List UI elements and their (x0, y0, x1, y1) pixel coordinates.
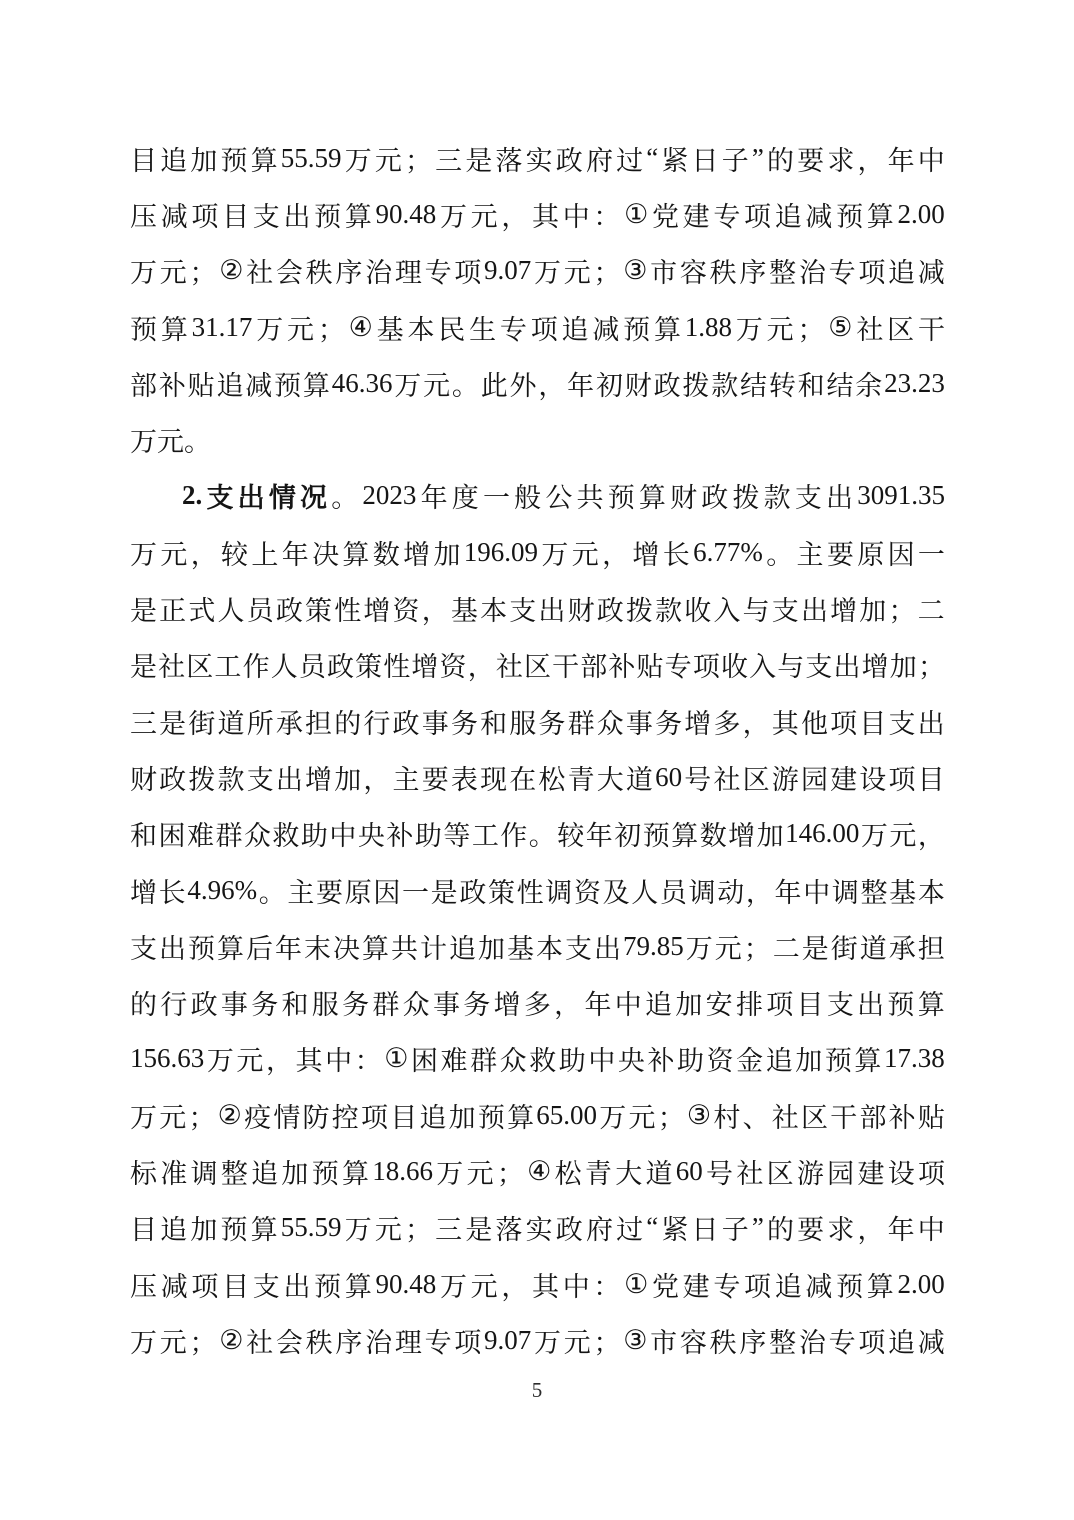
text-run: ； (888, 589, 915, 628)
text-run: ， (501, 195, 528, 234)
text-run: ③ (687, 1100, 711, 1131)
text-run: 原 (857, 533, 884, 572)
text-run: 会 (276, 251, 303, 290)
text-run: 支 (565, 927, 592, 966)
text-run: 款 (655, 589, 682, 628)
text-run: 基 (377, 308, 404, 347)
text-run: 万 (440, 1265, 467, 1304)
text-run: 补 (647, 1039, 674, 1078)
document-page: 目追加预算55.59万元；三是落实政府过“紧日子”的要求，年中压减项目支出预算9… (0, 0, 1074, 1520)
text-run: 加 (478, 927, 505, 966)
text-run: 万 (256, 308, 283, 347)
text-run: 预 (314, 195, 341, 234)
text-run: 本 (536, 927, 563, 966)
text-run: 。 (766, 533, 793, 572)
text-run: ； (593, 1321, 620, 1360)
text-run: 子 (722, 1208, 749, 1247)
text-run: 中 (918, 139, 945, 178)
text-run: 专 (425, 251, 452, 290)
text-run: 社 (246, 251, 273, 290)
text-run: 出 (283, 195, 310, 234)
text-run: 减 (245, 364, 272, 403)
text-run: “ (646, 1212, 658, 1243)
text-run: 整 (861, 871, 888, 910)
text-run: 元 (287, 308, 314, 347)
text-run: 生 (469, 308, 496, 347)
text-run: 的 (130, 983, 157, 1022)
text-run: ； (405, 139, 432, 178)
text-run: 要 (316, 871, 343, 910)
text-line-1: 目追加预算55.59万元；三是落实政府过“紧日子”的要求，年中 (130, 130, 945, 186)
text-line-3: 万元；②社会秩序治理专项9.07万元；③市容秩序整治专项追减 (130, 243, 945, 299)
text-run: 防 (303, 1096, 330, 1135)
text-run: 后 (246, 927, 273, 966)
text-run: 财 (625, 364, 652, 403)
text-run: 项 (531, 308, 558, 347)
text-run: 务 (463, 983, 490, 1022)
text-run: 中 (325, 1039, 352, 1078)
text-run: 困 (158, 814, 185, 853)
text-run: 加 (795, 1039, 822, 1078)
text-run: 的 (767, 1208, 794, 1247)
text-run: 政 (191, 983, 218, 1022)
text-run: “ (646, 143, 658, 174)
text-run: 算 (342, 533, 369, 572)
text-run: 社 (856, 308, 883, 347)
text-run: ④ (349, 312, 373, 343)
text-run: 万 (534, 251, 561, 290)
text-line-11: 三是街道所承担的行政事务和服务群众事务增多，其他项目支出 (130, 693, 945, 749)
text-run: 序 (739, 1321, 766, 1360)
text-run: 预 (274, 364, 301, 403)
text-run: 出 (918, 702, 945, 741)
text-run: 府 (586, 1208, 613, 1247)
text-run: 元 (375, 139, 402, 178)
text-run: 。 (529, 814, 556, 853)
text-run: 补 (159, 364, 186, 403)
text-run: 事 (626, 702, 653, 741)
text-run: 追 (775, 1265, 802, 1304)
text-run: 园 (801, 758, 828, 797)
text-run: ， (554, 983, 581, 1022)
text-run: 在 (509, 758, 536, 797)
text-run: 落 (495, 139, 522, 178)
text-run: 收 (684, 589, 711, 628)
text-run: 性 (517, 871, 544, 910)
text-run: 干 (552, 645, 579, 684)
text-run: 群 (372, 983, 399, 1022)
text-run: ； (189, 1321, 216, 1360)
text-run: 项 (361, 1096, 388, 1135)
text-run: 支 (130, 927, 157, 966)
text-run: 出 (538, 589, 565, 628)
text-run: 项 (830, 702, 857, 741)
text-run: 元 (160, 1321, 187, 1360)
text-run: ② (219, 255, 243, 286)
text-run: 万 (394, 364, 421, 403)
text-run: 等 (443, 814, 470, 853)
text-run: 街 (188, 702, 215, 741)
text-run: 2. (182, 480, 202, 511)
text-run: 要 (827, 533, 854, 572)
text-run: 收 (721, 645, 748, 684)
text-run: 长 (663, 533, 690, 572)
text-run: 项 (766, 983, 793, 1022)
text-run: 2.00 (897, 199, 944, 230)
text-run: 预 (623, 308, 650, 347)
text-run: 2023 (362, 480, 416, 511)
text-run: 助 (559, 1039, 586, 1078)
text-run: 秩 (710, 251, 737, 290)
text-run: 控 (332, 1096, 359, 1135)
text-run: 196.09 (464, 537, 538, 568)
text-run: 预 (130, 308, 157, 347)
text-run: ① (624, 1269, 648, 1300)
text-run: 31.17 (192, 312, 253, 343)
text-run: 支 (827, 983, 854, 1022)
text-run: 元 (467, 1152, 494, 1191)
text-run: 项 (454, 251, 481, 290)
text-run: 年 (775, 871, 802, 910)
text-run: 决 (333, 927, 360, 966)
text-run: 55.59 (281, 143, 342, 174)
text-run: 元 (628, 1096, 655, 1135)
text-run: 上 (251, 533, 278, 572)
text-run: 主 (797, 533, 824, 572)
text-line-8: 万元，较上年决算数增加196.09万元，增长6.77%。主要原因一 (130, 524, 945, 580)
text-run: ； (658, 1096, 685, 1135)
text-run: 90.48 (376, 199, 437, 230)
text-run: 三 (435, 1208, 462, 1247)
text-run: 落 (495, 1208, 522, 1247)
text-run: 压 (130, 195, 157, 234)
text-run: 长 (159, 871, 186, 910)
text-run: 他 (801, 702, 828, 741)
text-run: 。 (184, 420, 211, 459)
text-run: 中 (329, 814, 356, 853)
text-run: 紧 (661, 1208, 688, 1247)
text-run: 容 (680, 251, 707, 290)
text-run: 因 (373, 871, 400, 910)
text-run: 一 (918, 533, 945, 572)
text-run: 一 (402, 871, 429, 910)
text-run: 现 (480, 758, 507, 797)
text-run: ③ (623, 255, 647, 286)
text-run: ， (538, 364, 565, 403)
text-run: 众 (500, 1039, 527, 1078)
text-run: 大 (615, 1152, 642, 1191)
text-run: 贴 (637, 645, 664, 684)
text-run: ； (797, 308, 824, 347)
text-run: ； (405, 1208, 432, 1247)
text-line-13: 和困难群众救助中央补助等工作。较年初预算数增加146.00万元， (130, 806, 945, 862)
text-run: 决 (312, 533, 339, 572)
text-run: 青 (568, 758, 595, 797)
text-line-17: 156.63万元，其中：①困难群众救助中央补助资金追加预算17.38 (130, 1031, 945, 1087)
text-run: 项 (858, 1321, 885, 1360)
text-run: 实 (526, 139, 553, 178)
text-run: 追 (449, 927, 476, 966)
text-run: 目 (130, 139, 157, 178)
text-run: 和 (480, 702, 507, 741)
text-run: 万 (345, 1208, 372, 1247)
text-run: 部 (580, 645, 607, 684)
text-run: ， (746, 871, 773, 910)
text-run: 多 (524, 983, 551, 1022)
text-run: 减 (805, 1265, 832, 1304)
text-run: 策 (355, 645, 382, 684)
text-line-2: 压减项目支出预算90.48万元，其中：①党建专项追减预算2.00 (130, 186, 945, 242)
text-run: 本 (918, 871, 945, 910)
text-run: 大 (597, 758, 624, 797)
text-run: 算 (854, 1039, 881, 1078)
text-run: 17.38 (884, 1043, 945, 1074)
text-run: 道 (218, 702, 245, 741)
text-line-5: 部补贴追减预算46.36万元。此外，年初财政拨款结转和结余23.23 (130, 355, 945, 411)
text-run: 预 (314, 1265, 341, 1304)
text-run: 减 (161, 1265, 188, 1304)
text-run: 预 (608, 476, 635, 515)
text-run: ① (624, 199, 648, 230)
text-run: 加 (859, 589, 886, 628)
text-run: 目 (918, 758, 945, 797)
text-run: 秩 (306, 1321, 333, 1360)
text-run: 其 (532, 1265, 559, 1304)
text-run: 追 (888, 1321, 915, 1360)
text-run: 出 (276, 758, 303, 797)
text-run: 算 (654, 308, 681, 347)
text-run: 元 (564, 251, 591, 290)
text-run: 入 (713, 589, 740, 628)
text-run: 65.00 (536, 1100, 597, 1131)
text-run: 专 (829, 251, 856, 290)
text-line-18: 万元；②疫情防控项目追加预算65.00万元；③村、社区干部补贴 (130, 1087, 945, 1143)
text-run: 原 (345, 871, 372, 910)
text-line-10: 是社区工作人员政策性增资，社区干部补贴专项收入与支出增加； (130, 637, 945, 693)
text-run: 项 (744, 1265, 771, 1304)
text-run: ： (593, 1265, 620, 1304)
text-run: 预 (887, 983, 914, 1022)
text-run: 二 (918, 589, 945, 628)
text-run: 2.00 (897, 1269, 944, 1300)
text-run: 与 (777, 645, 804, 684)
text-run: ② (218, 1100, 242, 1131)
text-run: 因 (888, 533, 915, 572)
text-run: 建 (683, 1265, 710, 1304)
text-run: 预 (220, 1208, 247, 1247)
text-run: 算 (303, 364, 330, 403)
text-run: 调 (689, 871, 716, 910)
text-run: 转 (769, 364, 796, 403)
text-run: 所 (247, 702, 274, 741)
text-run: 建 (683, 195, 710, 234)
text-run: 算 (639, 476, 666, 515)
text-run: 党 (652, 195, 679, 234)
text-run: 加 (190, 1208, 217, 1247)
text-run: 算 (161, 308, 188, 347)
text-line-15: 支出预算后年末决算共计追加基本支出79.85万元；二是街道承担 (130, 918, 945, 974)
text-run: 和 (281, 983, 308, 1022)
text-run: 项 (744, 195, 771, 234)
text-run: 务 (655, 702, 682, 741)
text-run: ， (857, 139, 884, 178)
text-run: 项 (191, 195, 218, 234)
text-run: 事 (221, 983, 248, 1022)
text-run: 二 (773, 927, 800, 966)
text-run: 支 (805, 645, 832, 684)
text-run: 追 (251, 1152, 278, 1191)
text-run: 计 (420, 927, 447, 966)
text-run: 年 (282, 533, 309, 572)
text-run: 治 (365, 251, 392, 290)
text-run: 预 (220, 139, 247, 178)
text-run: 算 (507, 1096, 534, 1135)
text-run: 的 (767, 139, 794, 178)
text-run: 难 (441, 1039, 468, 1078)
text-run: 中 (918, 1208, 945, 1247)
text-run: 序 (335, 1321, 362, 1360)
text-run: 准 (160, 1152, 187, 1191)
text-run: 预 (825, 1039, 852, 1078)
text-run: 元 (572, 533, 599, 572)
text-run: 区 (186, 645, 213, 684)
text-run: 追 (888, 251, 915, 290)
text-run: 务 (251, 983, 278, 1022)
text-run: 松 (555, 1152, 582, 1191)
text-run: 追 (216, 364, 243, 403)
text-run: 整 (221, 1152, 248, 1191)
text-run: 务 (451, 702, 478, 741)
text-run: 难 (187, 814, 214, 853)
text-run: 加 (449, 1096, 476, 1135)
text-run: 年 (888, 1208, 915, 1247)
text-run: 较 (557, 814, 584, 853)
text-run: 贴 (188, 364, 215, 403)
text-run: 青 (585, 1152, 612, 1191)
text-run: 排 (736, 983, 763, 1022)
text-run: 政 (327, 645, 354, 684)
text-run: 。 (452, 364, 479, 403)
text-run: 146.00 (785, 818, 859, 849)
text-run: 支 (206, 476, 233, 515)
text-run: 基 (889, 871, 916, 910)
text-run: 三 (435, 139, 462, 178)
text-run: 4.96% (187, 875, 257, 906)
text-run: 出 (801, 589, 828, 628)
text-run: 是 (159, 702, 186, 741)
text-run: 18.66 (372, 1156, 433, 1187)
text-run: 序 (335, 251, 362, 290)
text-run: 算 (251, 1208, 278, 1247)
text-run: 市 (650, 251, 677, 290)
text-run: 正 (159, 589, 186, 628)
text-run: 区 (524, 645, 551, 684)
text-run: 出 (594, 927, 621, 966)
text-run: 加 (433, 533, 460, 572)
text-run: 目 (797, 983, 824, 1022)
text-run: ， (602, 533, 629, 572)
text-run: 元 (715, 927, 742, 966)
text-run: 行 (160, 983, 187, 1022)
text-run: 容 (680, 1321, 707, 1360)
text-run: 作 (243, 645, 270, 684)
text-run: ， (501, 1265, 528, 1304)
text-run: 一 (483, 476, 510, 515)
text-run: 支 (247, 758, 274, 797)
text-run: 整 (769, 251, 796, 290)
text-run: 目 (222, 195, 249, 234)
text-run: 万 (207, 1039, 234, 1078)
text-run: 秩 (306, 251, 333, 290)
text-run: 员 (247, 589, 274, 628)
text-run: 年 (888, 139, 915, 178)
text-run: 专 (829, 1321, 856, 1360)
text-run: 要 (797, 139, 824, 178)
text-run: 元 (767, 308, 794, 347)
text-run: 及 (603, 871, 630, 910)
text-run: 疫 (244, 1096, 271, 1135)
text-run: 是 (130, 645, 157, 684)
text-run: 年 (584, 983, 611, 1022)
text-run: 减 (918, 251, 945, 290)
text-run: 和 (130, 814, 157, 853)
text-run: ； (497, 1152, 524, 1191)
text-run: 村 (713, 1096, 740, 1135)
text-run: 人 (218, 589, 245, 628)
text-run: 工 (214, 645, 241, 684)
text-run: 情 (269, 476, 296, 515)
text-run: 政 (556, 1208, 583, 1247)
text-run: 调 (545, 871, 572, 910)
text-run: 共 (391, 927, 418, 966)
text-run: 助 (415, 814, 442, 853)
text-run: 策 (305, 589, 332, 628)
text-run: 救 (529, 1039, 556, 1078)
text-run: 元 (160, 533, 187, 572)
text-run: 项 (191, 1265, 218, 1304)
text-run: 助 (677, 1039, 704, 1078)
text-run: 追 (562, 308, 589, 347)
text-line-22: 万元；②社会秩序治理专项9.07万元；③市容秩序整治专项追减 (130, 1312, 945, 1368)
text-line-20: 目追加预算55.59万元；三是落实政府过“紧日子”的要求，年中 (130, 1200, 945, 1256)
text-run: 政 (393, 702, 420, 741)
text-run: 人 (271, 645, 298, 684)
text-run: 出 (834, 645, 861, 684)
text-run: 算 (345, 195, 372, 234)
text-run: 本 (480, 589, 507, 628)
text-run: 加 (675, 983, 702, 1022)
text-run: 减 (805, 195, 832, 234)
text-run: 日 (692, 139, 719, 178)
text-run: ； (318, 308, 345, 347)
text-run: 余 (855, 364, 882, 403)
text-run: 元 (889, 814, 916, 853)
text-run: 中 (563, 195, 590, 234)
text-run: 服 (312, 983, 339, 1022)
text-run: 目 (859, 702, 886, 741)
text-run: 79.85 (623, 931, 684, 962)
text-run: 要 (797, 1208, 824, 1247)
text-run: 万 (130, 533, 157, 572)
page-number: 5 (0, 1378, 1074, 1403)
text-run: 补 (386, 814, 413, 853)
text-run: 建 (857, 1152, 884, 1191)
text-run: 数 (373, 533, 400, 572)
text-run: 年 (586, 814, 613, 853)
text-run: 增 (728, 814, 755, 853)
text-run: 万 (599, 1096, 626, 1135)
text-run: 是 (431, 871, 458, 910)
